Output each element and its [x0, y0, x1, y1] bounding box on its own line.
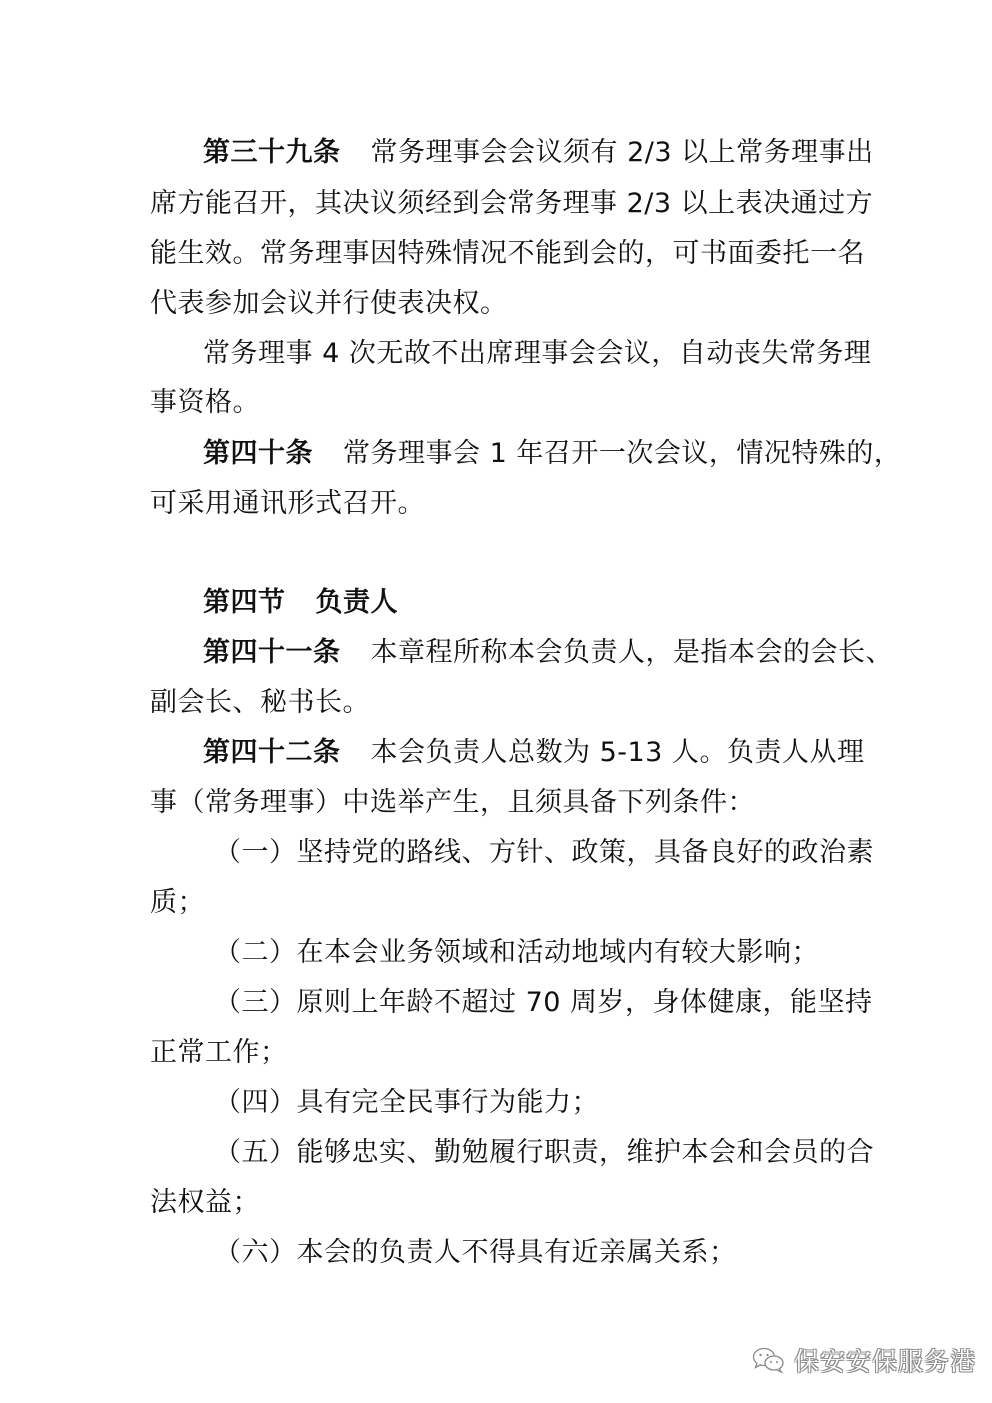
article-40-line-2: 可采用通讯形式召开。	[150, 487, 425, 521]
condition-3-line-1: （三）原则上年龄不超过 70 周岁，身体健康，能坚持	[214, 986, 873, 1020]
article-text: 本会负责人总数为 5-13 人。负责人从理	[371, 737, 865, 768]
condition-6-line-1: （六）本会的负责人不得具有近亲属关系；	[214, 1236, 737, 1270]
condition-4-line-1: （四）具有完全民事行为能力；	[214, 1086, 599, 1120]
article-heading: 第三十九条	[203, 137, 341, 168]
condition-2-line-1: （二）在本会业务领域和活动地域内有较大影响；	[214, 936, 819, 970]
article-42-line-1: 第四十二条本会负责人总数为 5-13 人。负责人从理	[203, 736, 864, 770]
condition-5-line-1: （五）能够忠实、勤勉履行职责，维护本会和会员的合	[214, 1136, 874, 1170]
article-text: 常务理事会 1 年召开一次会议，情况特殊的，	[343, 438, 901, 469]
condition-5-line-2: 法权益；	[150, 1186, 260, 1220]
watermark: 保安安保服务港	[752, 1340, 976, 1380]
wechat-icon	[752, 1346, 786, 1374]
section-title: 负责人	[316, 587, 399, 618]
article-39-para2-line-1: 常务理事 4 次无故不出席理事会会议，自动丧失常务理	[203, 337, 871, 371]
article-40-line-1: 第四十条常务理事会 1 年召开一次会议，情况特殊的，	[203, 437, 901, 471]
article-39-line-1: 第三十九条常务理事会会议须有 2/3 以上常务理事出	[203, 136, 874, 170]
article-text: 常务理事会会议须有 2/3 以上常务理事出	[371, 137, 874, 168]
section-number: 第四节	[203, 587, 286, 618]
section-heading: 第四节负责人	[203, 586, 398, 620]
article-41-line-1: 第四十一条本章程所称本会负责人，是指本会的会长、	[203, 636, 893, 670]
article-39-line-2: 席方能召开，其决议须经到会常务理事 2/3 以上表决通过方	[150, 187, 873, 221]
article-heading: 第四十条	[203, 438, 313, 469]
article-39-line-4: 代表参加会议并行使表决权。	[150, 287, 508, 321]
article-heading: 第四十二条	[203, 737, 341, 768]
watermark-text: 保安安保服务港	[794, 1342, 976, 1378]
article-42-line-2: 事（常务理事）中选举产生，且须具备下列条件：	[150, 786, 755, 820]
article-heading: 第四十一条	[203, 637, 341, 668]
article-text: 本章程所称本会负责人，是指本会的会长、	[371, 637, 894, 668]
condition-1-line-2: 质；	[150, 886, 205, 920]
condition-1-line-1: （一）坚持党的路线、方针、政策，具备良好的政治素	[214, 836, 874, 870]
article-39-line-3: 能生效。常务理事因特殊情况不能到会的，可书面委托一名	[150, 237, 865, 271]
article-39-para2-line-2: 事资格。	[150, 386, 260, 420]
article-41-line-2: 副会长、秘书长。	[150, 686, 370, 720]
condition-3-line-2: 正常工作；	[150, 1036, 288, 1070]
